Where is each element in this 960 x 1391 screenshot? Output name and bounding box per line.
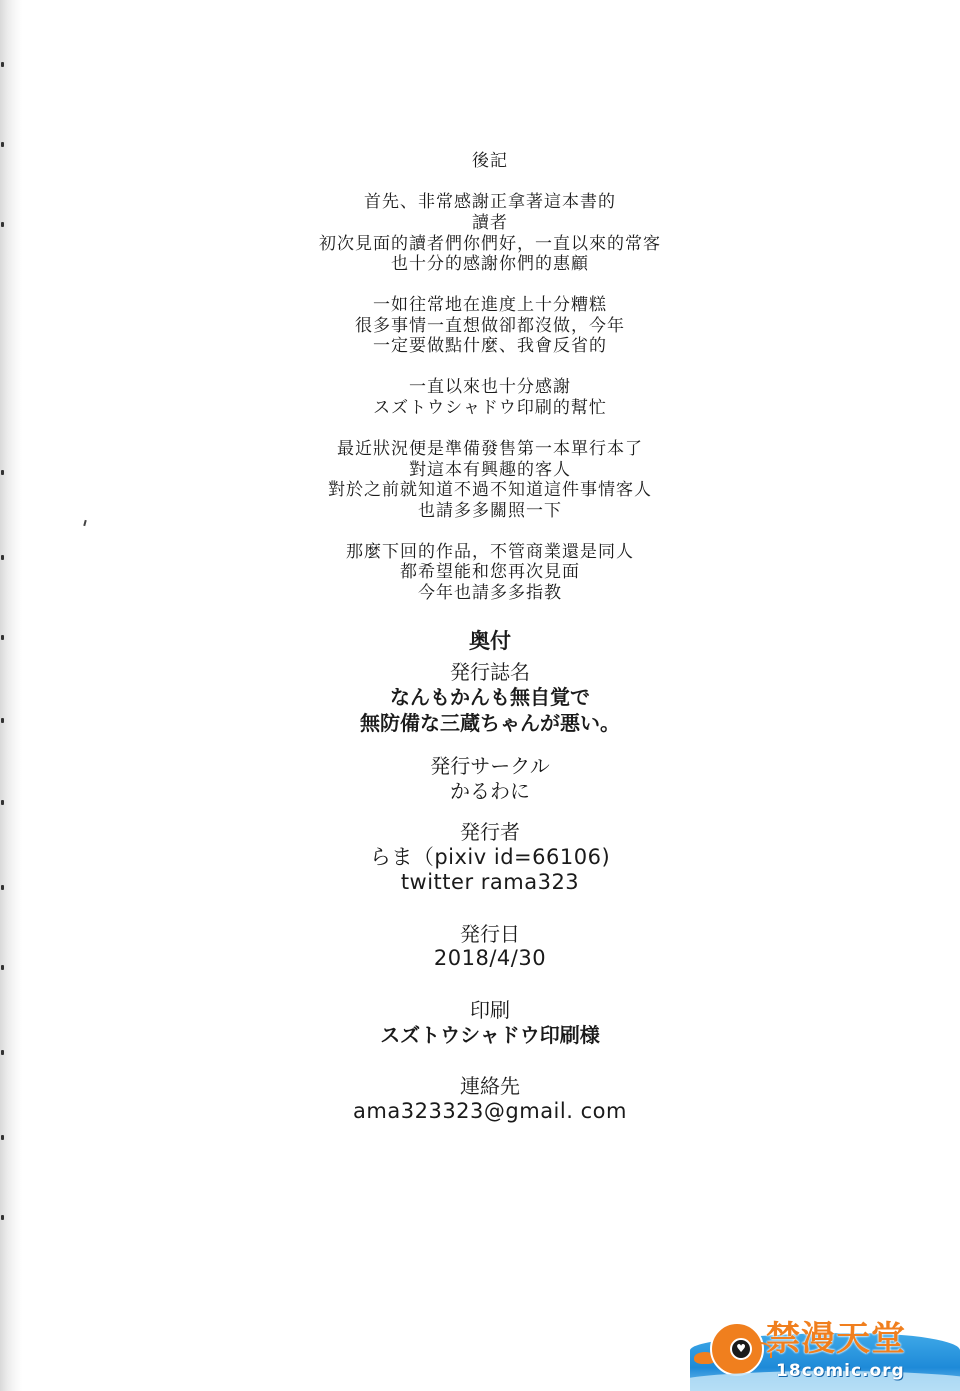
afterword-line: 一直以來也十分感謝 [0,379,960,396]
afterword-line: 很多事情一直想做卻都沒做，今年 [0,318,960,335]
afterword-title: 後記 [0,153,960,170]
afterword-line: 也請多多關照一下 [0,503,960,520]
afterword-line: 對於之前就知道不過不知道這件事情客人 [0,482,960,499]
title-label: 発行誌名 [0,662,960,682]
date-label: 発行日 [0,924,960,944]
contact-email: ama323323@gmail. com [0,1101,960,1122]
title-value-line: なんもかんも無自覚で [0,687,960,707]
circle-value: かるわに [0,781,960,801]
binding-mark [1,1050,4,1055]
afterword-line: 首先、非常感謝正拿著這本書的 [0,194,960,211]
site-watermark-logo: ♥ 禁漫天堂 18comic.org [690,1290,960,1391]
afterword-line: 也十分的感謝你們的惠顧 [0,256,960,273]
scan-speck [83,520,86,526]
afterword-line: 一定要做點什麼、我會反省的 [0,338,960,355]
afterword-line: 今年也請多多指教 [0,585,960,602]
afterword-line: スズトウシャドウ印刷的幫忙 [0,400,960,417]
binding-mark [1,1135,4,1140]
afterword-line: 讀者 [0,215,960,232]
binding-mark [1,1215,4,1220]
afterword-line: 一如往常地在進度上十分糟糕 [0,297,960,314]
whale-icon: ♥ [710,1322,764,1376]
afterword-line: 都希望能和您再次見面 [0,564,960,581]
afterword-line: 最近狀況便是準備發售第一本單行本了 [0,441,960,458]
afterword-line: 對這本有興趣的客人 [0,462,960,479]
afterword-line: 初次見面的讀者們你們好，一直以來的常客 [0,236,960,253]
printer-label: 印刷 [0,1000,960,1020]
watermark-url: 18comic.org [776,1363,905,1380]
publisher-label: 発行者 [0,822,960,842]
heart-icon: ♥ [730,1338,752,1360]
date-value: 2018/4/30 [0,948,960,969]
afterword-line: 那麼下回的作品，不管商業還是同人 [0,544,960,561]
binding-mark [1,142,4,147]
printer-value: スズトウシャドウ印刷様 [0,1025,960,1045]
publisher-twitter: twitter rama323 [0,872,960,893]
title-value-line: 無防備な三蔵ちゃんが悪い。 [0,713,960,733]
contact-label: 連絡先 [0,1076,960,1096]
publisher-pixiv: らま（pixiv id=66106) [0,847,960,868]
watermark-title: 禁漫天堂 [766,1322,906,1356]
colophon-heading: 奥付 [0,631,960,652]
circle-label: 発行サークル [0,756,960,776]
binding-mark [1,62,4,67]
